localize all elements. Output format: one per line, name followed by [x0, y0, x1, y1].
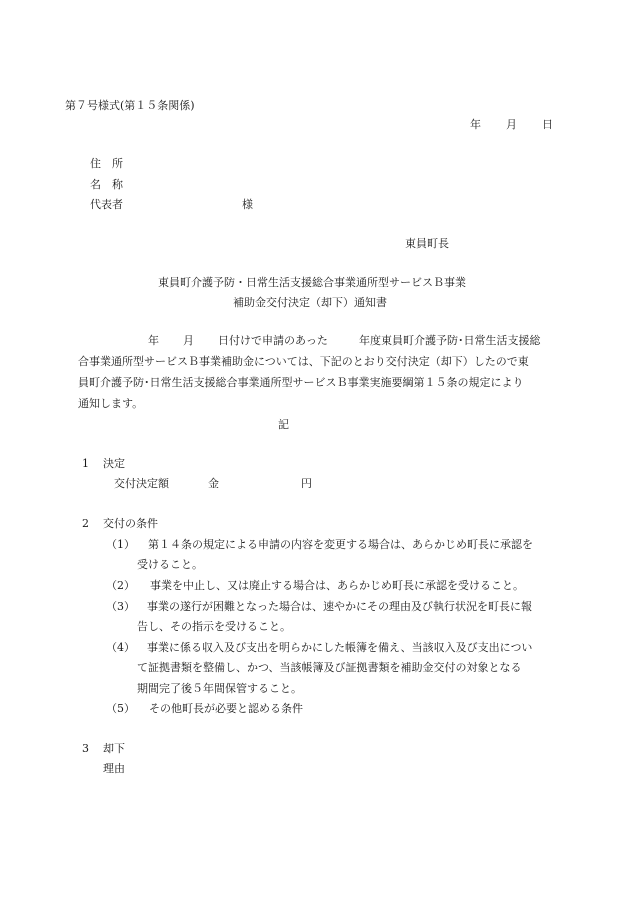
condition-1-line-2: 受けること。: [137, 558, 203, 572]
reason-label: 理由: [103, 762, 125, 776]
section-2-number: 2: [82, 517, 89, 531]
body-line-3: 員町介護予防･日常生活支援総合事業通所型サービスＢ事業実施要綱第１５条の規定によ…: [78, 376, 524, 390]
representative-label: 代表者: [90, 198, 123, 212]
section-3-heading: 却下: [103, 742, 125, 756]
condition-3-line-2: 告し、その指示を受けること。: [137, 620, 291, 634]
section-3-number: 3: [82, 742, 89, 756]
date-day: 日: [542, 118, 553, 132]
condition-1-number: （1）: [106, 538, 135, 552]
body-applied-text: 日付けで申請のあった: [218, 334, 328, 348]
issuer: 東員町長: [405, 237, 449, 251]
condition-1-line-1: 第１４条の規定による申請の内容を変更する場合は、あらかじめ町長に承認を: [148, 538, 533, 552]
ki-heading: 記: [278, 418, 289, 432]
body-year: 年: [148, 334, 159, 348]
honorific-sama: 様: [242, 198, 253, 212]
date-year: 年: [470, 118, 481, 132]
condition-4-line-2: て証拠書類を整備し、かつ、当該帳簿及び証拠書類を補助金交付の対象となる: [137, 661, 522, 675]
condition-5-line-1: その他町長が必要と認める条件: [149, 702, 303, 716]
condition-4-number: （4）: [106, 641, 135, 655]
title-line-2: 補助金交付決定（却下）通知書: [233, 296, 387, 310]
condition-2-line-1: 事業を中止し、又は廃止する場合は、あらかじめ町長に承認を受けること。: [150, 579, 524, 593]
section-1-number: 1: [82, 457, 89, 471]
kin-label: 金: [208, 477, 219, 491]
body-line-1-rest: 年度東員町介護予防･日常生活支援総: [359, 334, 541, 348]
date-month: 月: [506, 118, 517, 132]
condition-2-number: （2）: [106, 579, 135, 593]
condition-4-line-3: 期間完了後５年間保管すること。: [137, 682, 302, 696]
address-label: 住 所: [90, 157, 123, 171]
condition-5-number: （5）: [106, 702, 135, 716]
condition-4-line-1: 事業に係る収入及び支出を明らかにした帳簿を備え、当該収入及び支出につい: [147, 641, 532, 655]
form-number: 第７号様式(第１５条関係): [65, 99, 195, 113]
section-2-heading: 交付の条件: [103, 517, 158, 531]
condition-3-line-1: 事業の遂行が困難となった場合は、速やかにその理由及び執行状況を町長に報: [147, 600, 532, 614]
body-line-2: 合事業通所型サービスＢ事業補助金については、下記のとおり交付決定（却下）したので…: [78, 355, 529, 369]
name-label: 名 称: [90, 178, 123, 192]
condition-3-number: （3）: [106, 600, 135, 614]
title-line-1: 東員町介護予防・日常生活支援総合事業通所型サービスＢ事業: [158, 276, 466, 290]
amount-label: 交付決定額: [114, 477, 169, 491]
yen-label: 円: [301, 477, 312, 491]
body-line-4: 通知します。: [78, 397, 143, 411]
body-month: 月: [183, 334, 194, 348]
section-1-heading: 決定: [103, 457, 125, 471]
